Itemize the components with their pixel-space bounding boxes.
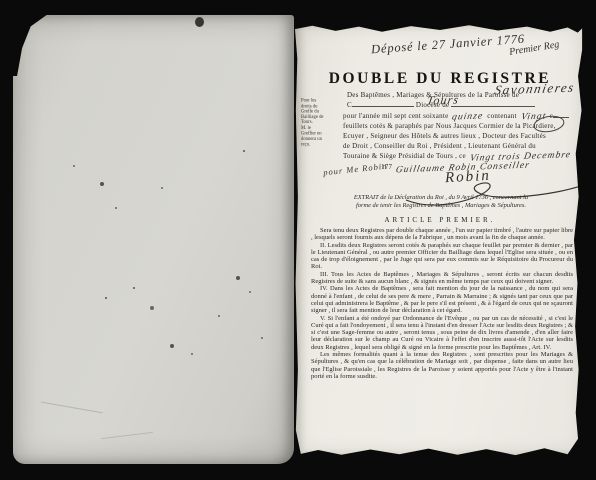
body-paragraph: V. Si l'enfant a été ondoyé par Ordonnan… [311, 315, 573, 351]
printed-register-page: Déposé le 27 Janvier 1776 Premier Reg DO… [295, 24, 585, 456]
body-paragraph: Les mêmes formalités quant à la tenue de… [311, 351, 573, 380]
left-blank-page [13, 15, 294, 464]
extrait-text: EXTRAIT de la Déclaration du Roi , du 9 … [333, 194, 549, 210]
intro-text: contenant [487, 112, 516, 120]
side-note-handwritten: pour Me Robin [323, 161, 388, 178]
intro-text: feuillets cotés & paraphés par Nous Jacq… [343, 122, 556, 130]
intro-text: pour l'année mil sept cent soixante [343, 112, 448, 120]
paper-crease [41, 402, 102, 414]
intro-line: Ecuyer , Seigneur des Hôtels & autres li… [343, 132, 546, 142]
torn-corner [12, 14, 48, 76]
paraph-flourish-icon [531, 112, 569, 136]
blank-rule [352, 101, 414, 107]
paper-crease [101, 432, 153, 439]
foxing-spots [13, 15, 15, 17]
margin-note: Pour les droits du Greffe du Bailliage d… [301, 98, 343, 147]
article-body: Sera tenu deux Registres par double chaq… [311, 227, 573, 380]
intro-line: Touraine & Siège Présidial de Tours , ce… [343, 152, 572, 162]
intro-line: feuillets cotés & paraphés par Nous Jacq… [343, 122, 556, 132]
diocese-handwritten: Tours [426, 92, 461, 108]
body-paragraph: IV. Dans les Actes de Baptêmes , sera fa… [311, 285, 573, 314]
intro-line: de Droit , Conseiller du Roi , Président… [343, 142, 536, 152]
body-paragraph: II. Lesdits deux Registres seront cotés … [311, 242, 573, 271]
body-paragraph: III. Tous les Actes de Baptêmes , Mariag… [311, 271, 573, 286]
body-paragraph: Sera tenu deux Registres par double chaq… [311, 227, 573, 242]
blank-rule [451, 101, 535, 107]
parish-name-handwritten: Savonnieres [493, 80, 576, 99]
intro-text: Ecuyer , Seigneur des Hôtels & autres li… [343, 132, 546, 140]
register-scan: Déposé le 27 Janvier 1776 Premier Reg DO… [0, 0, 596, 480]
intro-text: de Droit , Conseiller du Roi , Président… [343, 142, 536, 150]
intro-text: Touraine & Siège Présidial de Tours , ce [343, 152, 466, 160]
deposit-note-handwritten: Déposé le 27 Janvier 1776 [371, 32, 526, 58]
ink-blot [195, 17, 204, 27]
article-heading: ARTICLE PREMIER. [295, 216, 585, 224]
